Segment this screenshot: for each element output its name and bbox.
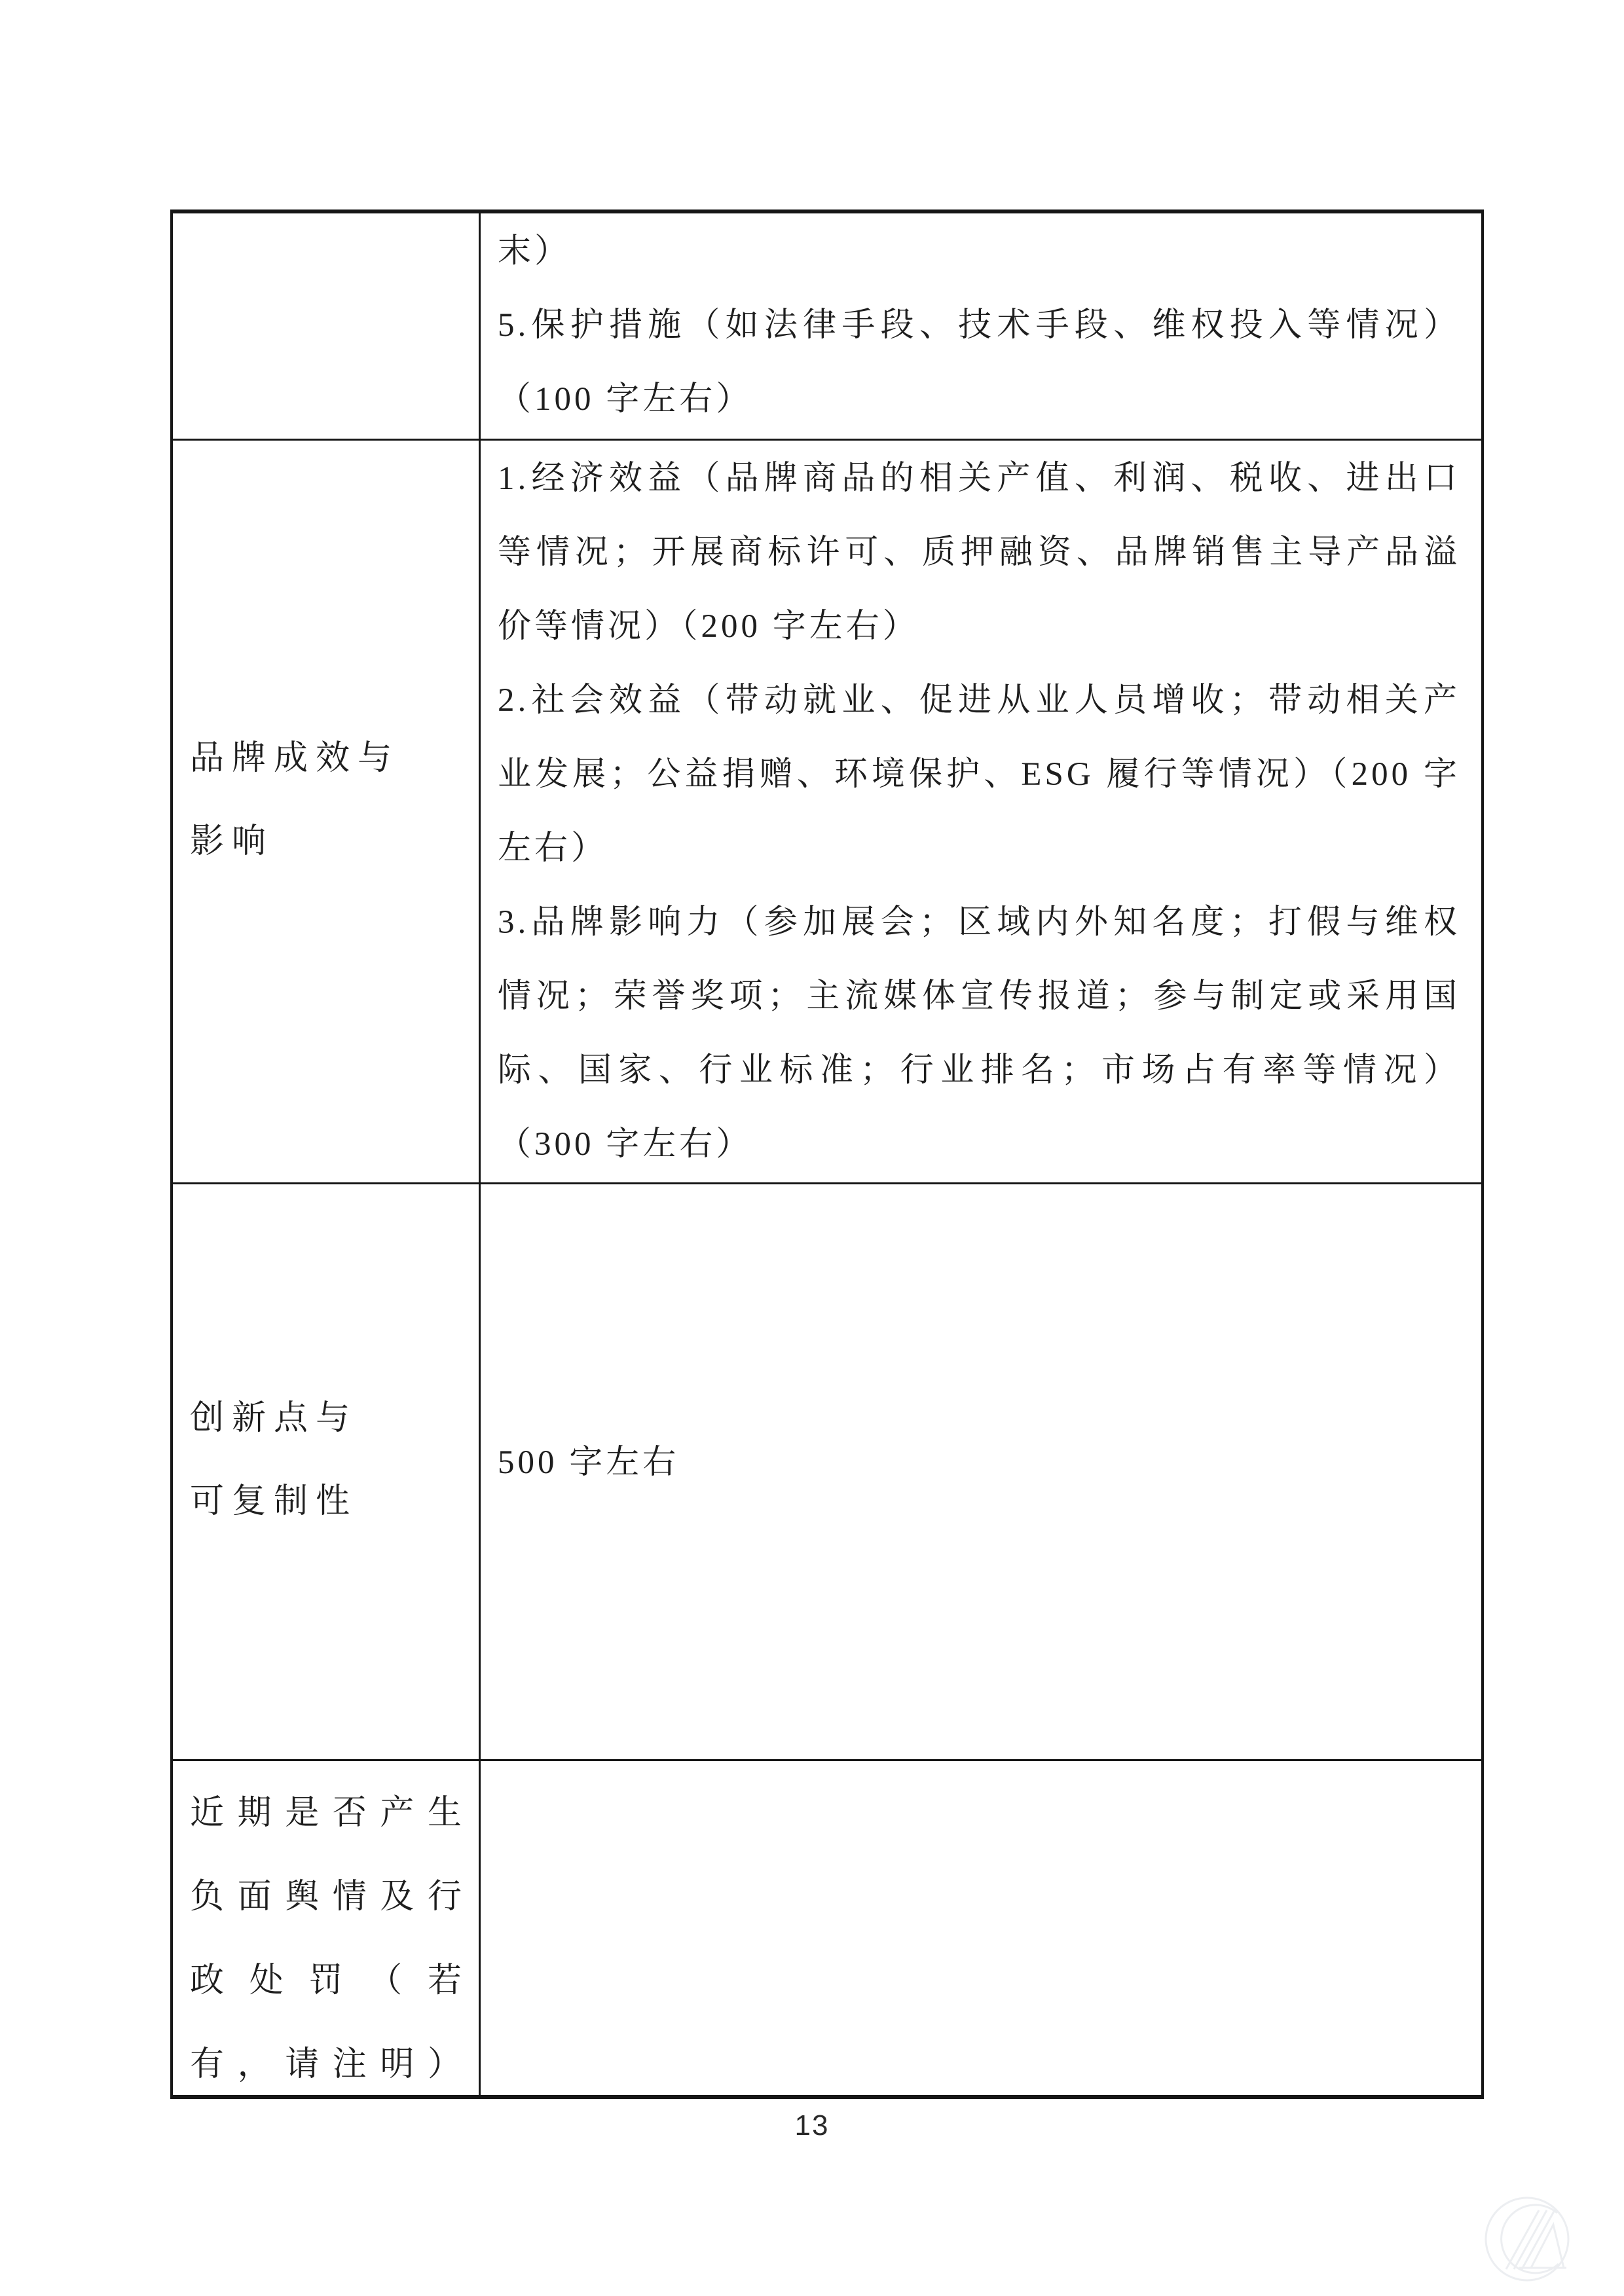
text-line: 末） [498, 215, 1460, 289]
text-line: 等情况；开展商标许可、质押融资、品牌销售主导产品溢 [498, 516, 1460, 590]
text-line: 际、国家、行业标准；行业排名；市场占有率等情况） [498, 1034, 1460, 1108]
text-line: 有，请注明） [190, 2023, 462, 2095]
content-cell-negative-publicity [481, 1759, 1481, 2095]
text-line: 2.社会效益（带动就业、促进从业人员增收；带动相关产 [498, 664, 1460, 738]
label-cell-blank [173, 213, 481, 439]
text-line: 影响 [190, 800, 462, 883]
label-cell-brand-effect: 品牌成效与影响 [173, 439, 481, 1182]
text-line: 负面舆情及行 [190, 1855, 462, 1939]
text-line: （100 字左右） [498, 363, 1460, 437]
content-cell-brand-effect: 1.经济效益（品牌商品的相关产值、利润、税收、进出口等情况；开展商标许可、质押融… [481, 439, 1481, 1182]
label-cell-innovation: 创新点与可复制性 [173, 1182, 481, 1759]
text-line: 业发展；公益捐赠、环境保护、ESG 履行等情况）（200 字 [498, 738, 1460, 812]
content-cell-protection-measures: 末）5.保护措施（如法律手段、技术手段、维权投入等情况）（100 字左右） [481, 213, 1481, 439]
text-line: 政处罚（若 [190, 1939, 462, 2023]
text-line: 1.经济效益（品牌商品的相关产值、利润、税收、进出口 [498, 442, 1460, 516]
text-line: 品牌成效与 [190, 717, 462, 800]
label-cell-negative-publicity: 近期是否产生负面舆情及行政处罚（若有，请注明） [173, 1759, 481, 2095]
text-line: 价等情况）（200 字左右） [498, 590, 1460, 664]
content-cell-innovation: 500 字左右 [481, 1182, 1481, 1759]
text-line: 可复制性 [190, 1460, 462, 1543]
page-number: 13 [0, 2109, 1624, 2142]
text-line: 5.保护措施（如法律手段、技术手段、维权投入等情况） [498, 289, 1460, 363]
text-line: 创新点与 [190, 1377, 462, 1460]
application-form-table: 末）5.保护措施（如法律手段、技术手段、维权投入等情况）（100 字左右） 品牌… [170, 210, 1484, 2099]
text-line: 近期是否产生 [190, 1772, 462, 1855]
text-line: 3.品牌影响力（参加展会；区域内外知名度；打假与维权 [498, 886, 1460, 960]
text-line: 500 字左右 [498, 1426, 1460, 1500]
text-line: 情况；荣誉奖项；主流媒体宣传报道；参与制定或采用国 [498, 960, 1460, 1034]
text-line: （300 字左右） [498, 1108, 1460, 1182]
watermark-logo [1480, 2191, 1575, 2289]
document-page: 末）5.保护措施（如法律手段、技术手段、维权投入等情况）（100 字左右） 品牌… [0, 0, 1624, 2296]
text-line: 左右） [498, 812, 1460, 886]
